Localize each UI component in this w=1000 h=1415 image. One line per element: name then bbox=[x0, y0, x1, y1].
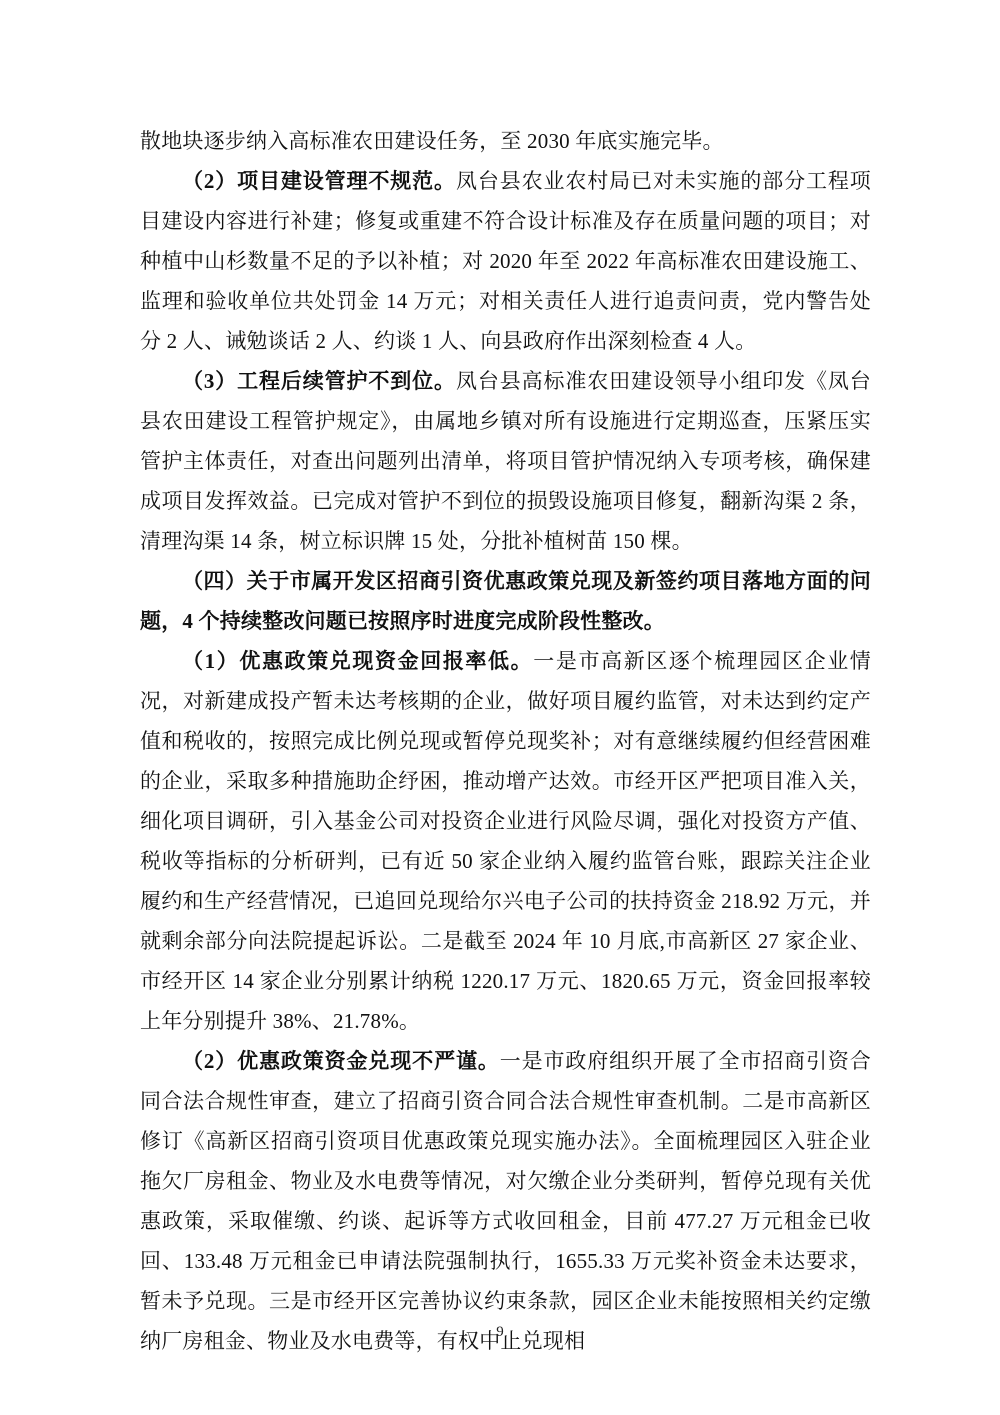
paragraph-lead: （3）工程后续管护不到位。 bbox=[182, 369, 456, 393]
paragraph-lead: （2）项目建设管理不规范。 bbox=[182, 169, 456, 193]
paragraph: （3）工程后续管护不到位。凤台县高标准农田建设领导小组印发《凤台县农田建设工程管… bbox=[140, 361, 871, 561]
section-heading: （四）关于市属开发区招商引资优惠政策兑现及新签约项目落地方面的问题，4 个持续整… bbox=[140, 561, 871, 641]
paragraph: （2）优惠政策资金兑现不严谨。一是市政府组织开展了全市招商引资合同合法合规性审查… bbox=[140, 1041, 871, 1361]
page-number: 9 bbox=[0, 1322, 1000, 1342]
paragraph-text: 一是市高新区逐个梳理园区企业情况，对新建成投产暂未达考核期的企业，做好项目履约监… bbox=[140, 649, 871, 1033]
paragraph-lead: （1）优惠政策兑现资金回报率低。 bbox=[182, 649, 533, 673]
section-heading-text: （四）关于市属开发区招商引资优惠政策兑现及新签约项目落地方面的问题，4 个持续整… bbox=[140, 569, 871, 633]
paragraph-text: 凤台县高标准农田建设领导小组印发《凤台县农田建设工程管护规定》，由属地乡镇对所有… bbox=[140, 369, 871, 553]
paragraph: 散地块逐步纳入高标准农田建设任务，至 2030 年底实施完毕。 bbox=[140, 121, 871, 161]
paragraph-text: 散地块逐步纳入高标准农田建设任务，至 2030 年底实施完毕。 bbox=[140, 129, 724, 153]
paragraph-text: 一是市政府组织开展了全市招商引资合同合法合规性审查，建立了招商引资合同合法合规性… bbox=[140, 1049, 871, 1353]
paragraph-lead: （2）优惠政策资金兑现不严谨。 bbox=[182, 1049, 500, 1073]
paragraph: （2）项目建设管理不规范。凤台县农业农村局已对未实施的部分工程项目建设内容进行补… bbox=[140, 161, 871, 361]
document-body: 散地块逐步纳入高标准农田建设任务，至 2030 年底实施完毕。 （2）项目建设管… bbox=[140, 121, 871, 1361]
paragraph: （1）优惠政策兑现资金回报率低。一是市高新区逐个梳理园区企业情况，对新建成投产暂… bbox=[140, 641, 871, 1041]
paragraph-text: 凤台县农业农村局已对未实施的部分工程项目建设内容进行补建；修复或重建不符合设计标… bbox=[140, 169, 871, 353]
document-page: 散地块逐步纳入高标准农田建设任务，至 2030 年底实施完毕。 （2）项目建设管… bbox=[0, 0, 1000, 1415]
